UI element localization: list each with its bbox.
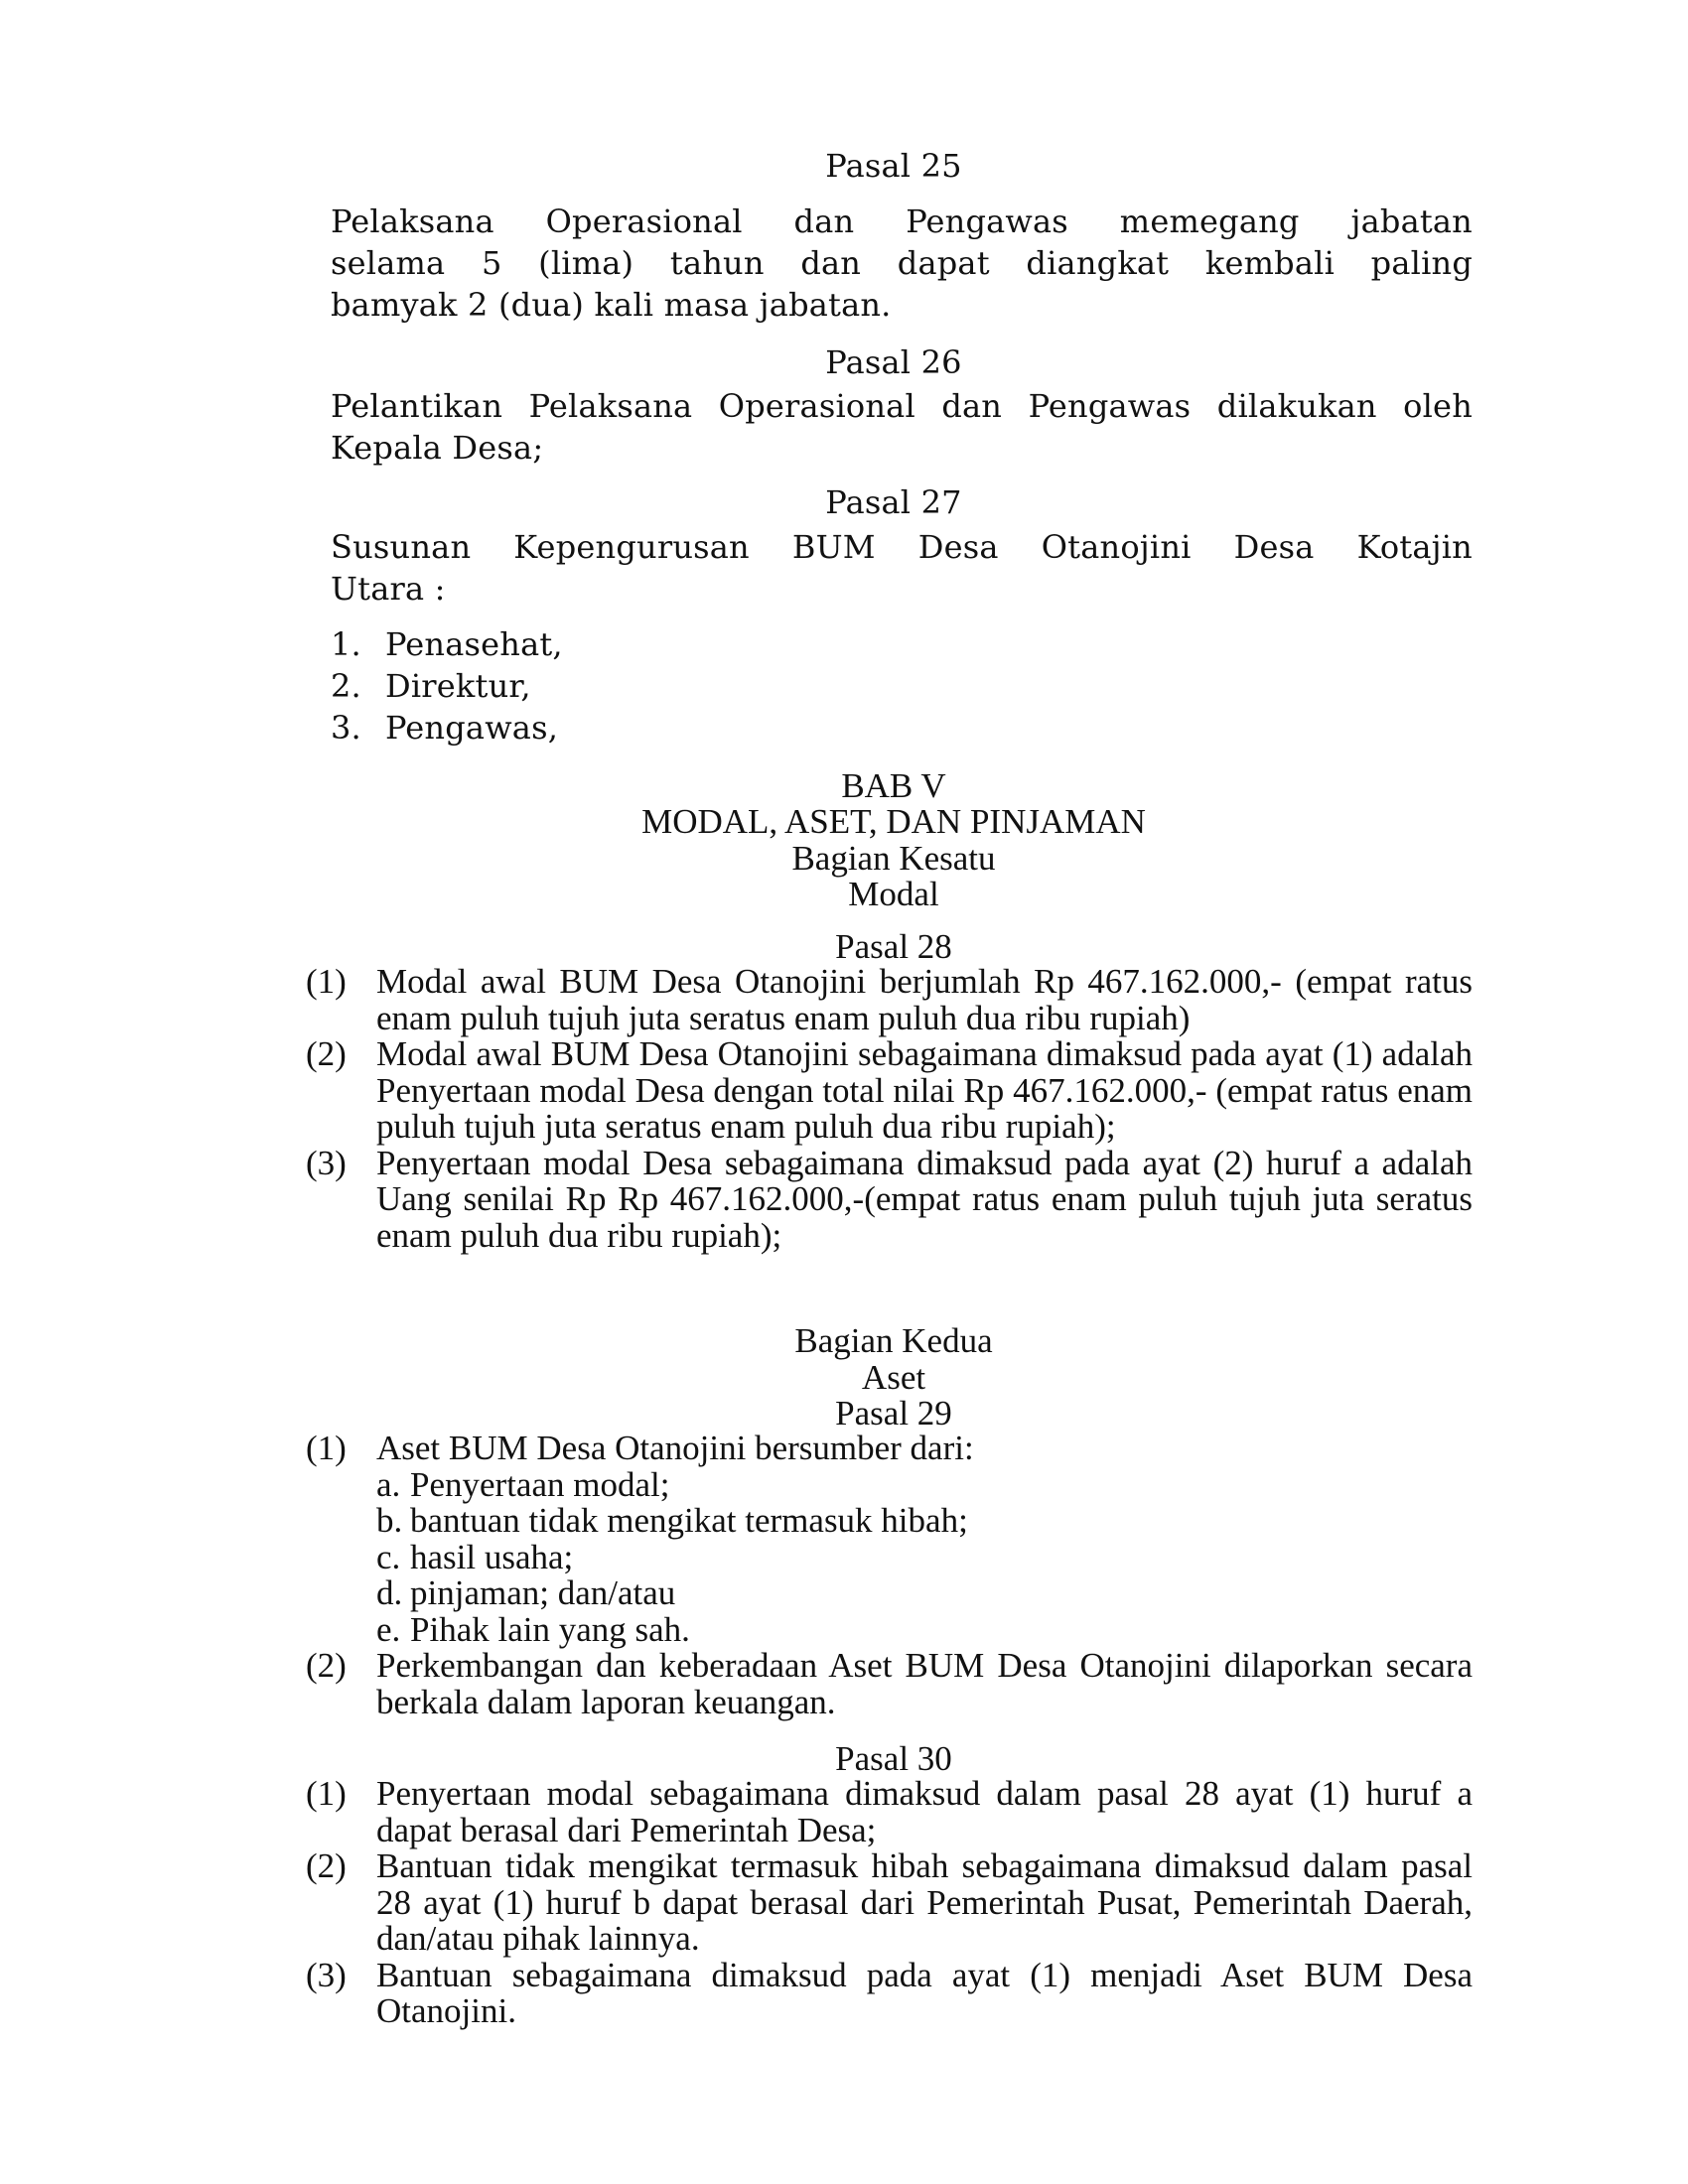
sub-item: e.Pihak lain yang sah. [376,1612,1473,1649]
sub-item: c.hasil usaha; [376,1540,1473,1576]
ayat-text: Penyertaan modal Desa sebagaimana dimaks… [376,1146,1473,1255]
pasal-28-body: (1)Modal awal BUM Desa Otanojini berjuml… [306,964,1473,1254]
list-text: Penasehat, [385,623,563,665]
sub-text: Pihak lain yang sah. [410,1612,690,1649]
ayat-item: (3)Penyertaan modal Desa sebagaimana dim… [306,1146,1473,1255]
pasal-25-line: bamyak 2 (dua) kali masa jabatan. [331,284,1473,326]
bab-title: MODAL, ASET, DAN PINJAMAN [0,802,1688,842]
pasal-25-body: Pelaksana Operasional dan Pengawas memeg… [331,201,1473,326]
list-number: 3. [331,707,385,749]
sub-text: pinjaman; dan/atau [410,1575,675,1612]
ayat-number: (3) [306,1146,376,1255]
pasal-29-body: (1) Aset BUM Desa Otanojini bersumber da… [306,1431,1473,1720]
sub-text: bantuan tidak mengikat termasuk hibah; [410,1503,968,1540]
ayat-item: (2)Modal awal BUM Desa Otanojini sebagai… [306,1036,1473,1146]
sub-letter: d. [376,1575,410,1612]
bab-number: BAB V [0,766,1688,806]
ayat-number: (2) [306,1036,376,1146]
ayat-item: (1)Penyertaan modal sebagaimana dimaksud… [306,1776,1473,1848]
ayat-text: Aset BUM Desa Otanojini bersumber dari: [376,1431,1473,1467]
ayat-item: (2)Perkembangan dan keberadaan Aset BUM … [306,1648,1473,1720]
pasal-27-list: 1.Penasehat, 2.Direktur, 3.Pengawas, [331,623,563,749]
pasal-27-body: Susunan Kepengurusan BUM Desa Otanojini … [331,526,1473,610]
sub-item: b.bantuan tidak mengikat termasuk hibah; [376,1503,1473,1540]
ayat-item: (2)Bantuan tidak mengikat termasuk hibah… [306,1848,1473,1958]
ayat-number: (1) [306,1776,376,1848]
pasal-26-line: Pelantikan Pelaksana Operasional dan Pen… [331,385,1473,427]
list-text: Direktur, [385,665,531,707]
sub-letter: b. [376,1503,410,1540]
sub-item: a.Penyertaan modal; [376,1467,1473,1504]
bagian-kedua-title: Aset [0,1358,1688,1398]
ayat-text: Bantuan sebagaimana dimaksud pada ayat (… [376,1958,1473,2030]
ayat-number: (1) [306,1431,376,1648]
bagian-kesatu-title: Modal [0,875,1688,914]
pasal-30-body: (1)Penyertaan modal sebagaimana dimaksud… [306,1776,1473,2030]
ayat-item: (1) Aset BUM Desa Otanojini bersumber da… [306,1431,1473,1648]
pasal-27-line: Susunan Kepengurusan BUM Desa Otanojini … [331,526,1473,568]
ayat-text: Bantuan tidak mengikat termasuk hibah se… [376,1848,1473,1958]
bagian-kesatu-heading: Bagian Kesatu [0,839,1688,879]
pasal-28-heading: Pasal 28 [0,927,1688,967]
ayat-text: Modal awal BUM Desa Otanojini sebagaiman… [376,1036,1473,1146]
bagian-kedua-heading: Bagian Kedua [0,1321,1688,1361]
pasal-25-line: selama 5 (lima) tahun dan dapat diangkat… [331,242,1473,284]
ayat-text: Perkembangan dan keberadaan Aset BUM Des… [376,1648,1473,1720]
pasal-26-body: Pelantikan Pelaksana Operasional dan Pen… [331,385,1473,469]
list-number: 2. [331,665,385,707]
ayat-text: Penyertaan modal sebagaimana dimaksud da… [376,1776,1473,1848]
ayat-number: (2) [306,1648,376,1720]
sub-letter: e. [376,1612,410,1649]
sub-text: Penyertaan modal; [410,1467,669,1504]
pasal-29-heading: Pasal 29 [0,1394,1688,1433]
pasal-26-heading: Pasal 26 [0,343,1688,381]
list-item: 2.Direktur, [331,665,563,707]
ayat-item: (3)Bantuan sebagaimana dimaksud pada aya… [306,1958,1473,2030]
list-item: 1.Penasehat, [331,623,563,665]
pasal-30-heading: Pasal 30 [0,1739,1688,1779]
ayat-number: (2) [306,1848,376,1958]
document-page: Pasal 25 Pelaksana Operasional dan Penga… [0,0,1688,2184]
list-item: 3.Pengawas, [331,707,563,749]
ayat-item: (1)Modal awal BUM Desa Otanojini berjuml… [306,964,1473,1036]
pasal-27-heading: Pasal 27 [0,483,1688,521]
sub-letter: c. [376,1540,410,1576]
pasal-27-line: Utara : [331,568,1473,610]
ayat-number: (1) [306,964,376,1036]
pasal-25-heading: Pasal 25 [0,147,1688,185]
sub-text: hasil usaha; [410,1540,573,1576]
sub-item: d.pinjaman; dan/atau [376,1575,1473,1612]
list-text: Pengawas, [385,707,558,749]
list-number: 1. [331,623,385,665]
ayat-number: (3) [306,1958,376,2030]
pasal-25-line: Pelaksana Operasional dan Pengawas memeg… [331,201,1473,242]
ayat-text: Modal awal BUM Desa Otanojini berjumlah … [376,964,1473,1036]
pasal-26-line: Kepala Desa; [331,427,1473,469]
sub-letter: a. [376,1467,410,1504]
